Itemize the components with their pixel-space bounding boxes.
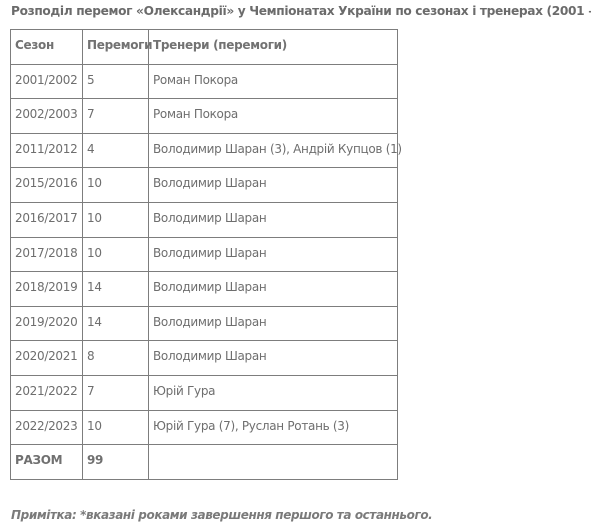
header-wins: Перемоги [83,30,149,65]
footnote: Примітка: *вказані роками завершення пер… [11,508,432,522]
season-cell: 2015/2016 [11,168,83,203]
season-cell: 2018/2019 [11,272,83,307]
season-cell: 2017/2018 [11,237,83,272]
total-label: РАЗОМ [11,445,83,480]
table-row: 2015/201610Володимир Шаран [11,168,398,203]
table-body: 2001/20025Роман Покора2002/20037Роман По… [11,64,398,445]
coaches-cell: Володимир Шаран [149,306,398,341]
table-row: 2011/20124Володимир Шаран (3), Андрій Ку… [11,133,398,168]
table-row: 2002/20037Роман Покора [11,99,398,134]
wins-cell: 4 [83,133,149,168]
season-cell: 2011/2012 [11,133,83,168]
table-caption: Розподіл перемог «Олександрії» у Чемпіон… [11,4,591,18]
coaches-cell: Володимир Шаран [149,341,398,376]
table-row: 2021/20227Юрій Гура [11,375,398,410]
coaches-cell: Роман Покора [149,99,398,134]
header-coaches: Тренери (перемоги) [149,30,398,65]
table-row: 2022/202310Юрій Гура (7), Руслан Ротань … [11,410,398,445]
coaches-cell: Володимир Шаран [149,202,398,237]
season-cell: 2022/2023 [11,410,83,445]
wins-cell: 10 [83,168,149,203]
table-row: 2001/20025Роман Покора [11,64,398,99]
season-cell: 2002/2003 [11,99,83,134]
total-coaches [149,445,398,480]
wins-cell: 14 [83,306,149,341]
wins-cell: 10 [83,237,149,272]
total-wins: 99 [83,445,149,480]
table-header-row: Сезон Перемоги Тренери (перемоги) [11,30,398,65]
table-row: 2019/202014Володимир Шаран [11,306,398,341]
wins-cell: 10 [83,202,149,237]
season-cell: 2019/2020 [11,306,83,341]
coaches-cell: Юрій Гура [149,375,398,410]
coaches-cell: Володимир Шаран (3), Андрій Купцов (1) [149,133,398,168]
wins-cell: 7 [83,99,149,134]
coaches-cell: Юрій Гура (7), Руслан Ротань (3) [149,410,398,445]
table-row: 2018/201914Володимир Шаран [11,272,398,307]
season-cell: 2020/2021 [11,341,83,376]
wins-table: Сезон Перемоги Тренери (перемоги) 2001/2… [10,29,398,480]
table-row: 2017/201810Володимир Шаран [11,237,398,272]
season-cell: 2021/2022 [11,375,83,410]
table-row: 2016/201710Володимир Шаран [11,202,398,237]
table-row: 2020/20218Володимир Шаран [11,341,398,376]
total-row: РАЗОМ 99 [11,445,398,480]
wins-cell: 10 [83,410,149,445]
wins-cell: 14 [83,272,149,307]
header-season: Сезон [11,30,83,65]
coaches-cell: Володимир Шаран [149,237,398,272]
wins-cell: 7 [83,375,149,410]
wins-cell: 5 [83,64,149,99]
wins-cell: 8 [83,341,149,376]
coaches-cell: Роман Покора [149,64,398,99]
season-cell: 2001/2002 [11,64,83,99]
coaches-cell: Володимир Шаран [149,168,398,203]
season-cell: 2016/2017 [11,202,83,237]
coaches-cell: Володимир Шаран [149,272,398,307]
